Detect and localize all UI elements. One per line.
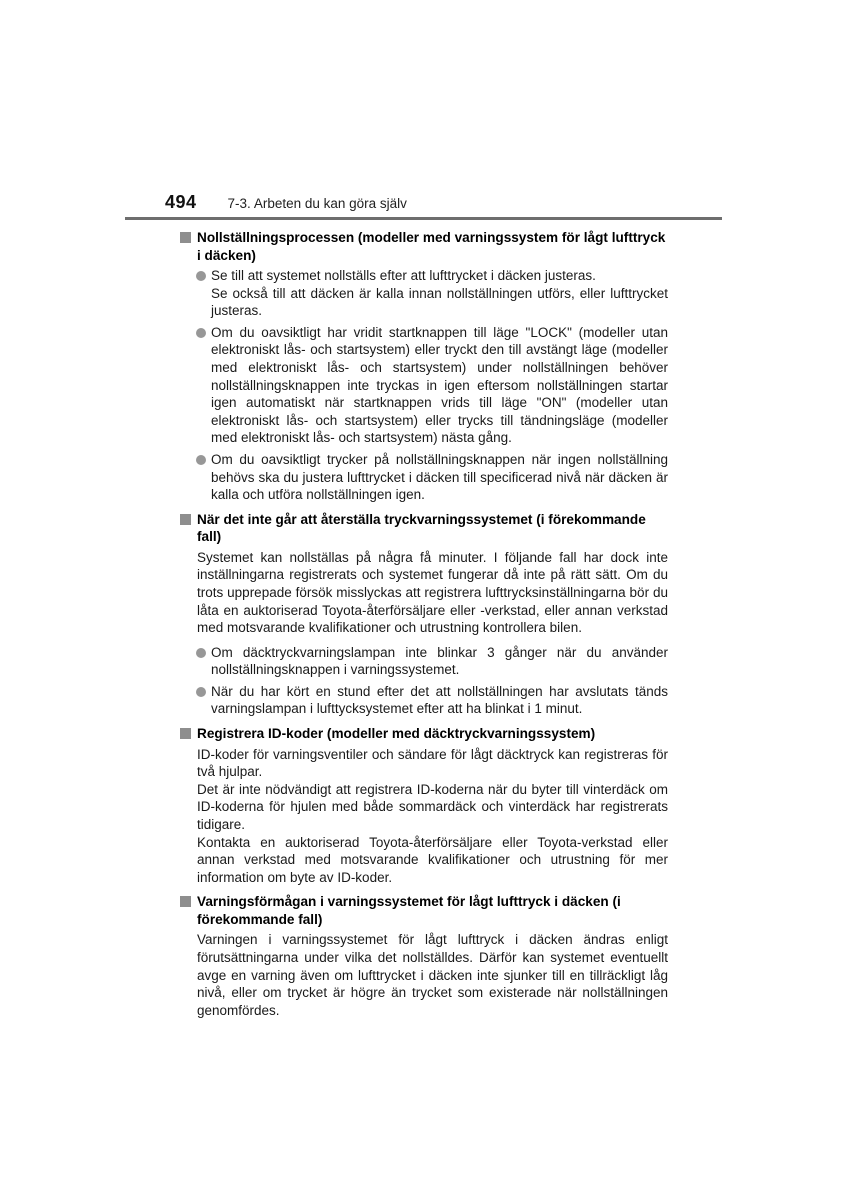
section-heading: Nollställningsprocessen (modeller med va… [180,229,668,264]
bullet-item: Om däcktryckvarningslampan inte blinkar … [180,644,668,679]
section-heading: Varningsförmågan i varningssystemet för … [180,893,668,928]
circle-bullet-icon [196,271,206,281]
chapter-title: 7-3. Arbeten du kan göra själv [228,196,407,211]
manual-page: 494 7-3. Arbeten du kan göra själv Nolls… [0,0,848,1200]
square-bullet-icon [180,232,191,243]
section-reset-process: Nollställningsprocessen (modeller med va… [180,229,668,504]
circle-bullet-icon [196,648,206,658]
section-warning-capability: Varningsförmågan i varningssystemet för … [180,893,668,1019]
section-register-id-codes: Registrera ID-koder (modeller med däcktr… [180,725,668,886]
section-heading-text: Nollställningsprocessen (modeller med va… [197,230,665,263]
section-heading: Registrera ID-koder (modeller med däcktr… [180,725,668,743]
section-heading-text: När det inte går att återställa tryckvar… [197,512,646,545]
square-bullet-icon [180,514,191,525]
bullet-item: När du har kört en stund efter det att n… [180,683,668,718]
bullet-text: Om du oavsiktligt trycker på nollställni… [211,452,668,502]
section-reset-failure: När det inte går att återställa tryckvar… [180,511,668,718]
bullet-text: Se till att systemet nollställs efter at… [211,268,668,318]
bullet-text: Om du oavsiktligt har vridit startknappe… [211,325,668,446]
bullet-text: Om däcktryckvarningslampan inte blinkar … [211,645,668,678]
section-heading-text: Registrera ID-koder (modeller med däcktr… [197,726,595,741]
bullet-item: Se till att systemet nollställs efter at… [180,267,668,320]
section-paragraph: Kontakta en auktoriserad Toyota-återförs… [180,834,668,887]
page-header: 494 7-3. Arbeten du kan göra själv [165,192,407,213]
header-divider [125,217,722,220]
bullet-item: Om du oavsiktligt har vridit startknappe… [180,324,668,447]
section-paragraph: ID-koder för varningsventiler och sändar… [180,746,668,781]
section-paragraph: Det är inte nödvändigt att registrera ID… [180,781,668,834]
section-heading: När det inte går att återställa tryckvar… [180,511,668,546]
bullet-text: När du har kört en stund efter det att n… [211,684,668,717]
circle-bullet-icon [196,328,206,338]
page-content: Nollställningsprocessen (modeller med va… [180,229,668,1026]
circle-bullet-icon [196,687,206,697]
section-heading-text: Varningsförmågan i varningssystemet för … [197,894,621,927]
section-paragraph: Varningen i varningssystemet för lågt lu… [180,931,668,1019]
section-paragraph: Systemet kan nollställas på några få min… [180,549,668,637]
page-number: 494 [165,192,197,213]
square-bullet-icon [180,728,191,739]
square-bullet-icon [180,896,191,907]
circle-bullet-icon [196,455,206,465]
bullet-item: Om du oavsiktligt trycker på nollställni… [180,451,668,504]
